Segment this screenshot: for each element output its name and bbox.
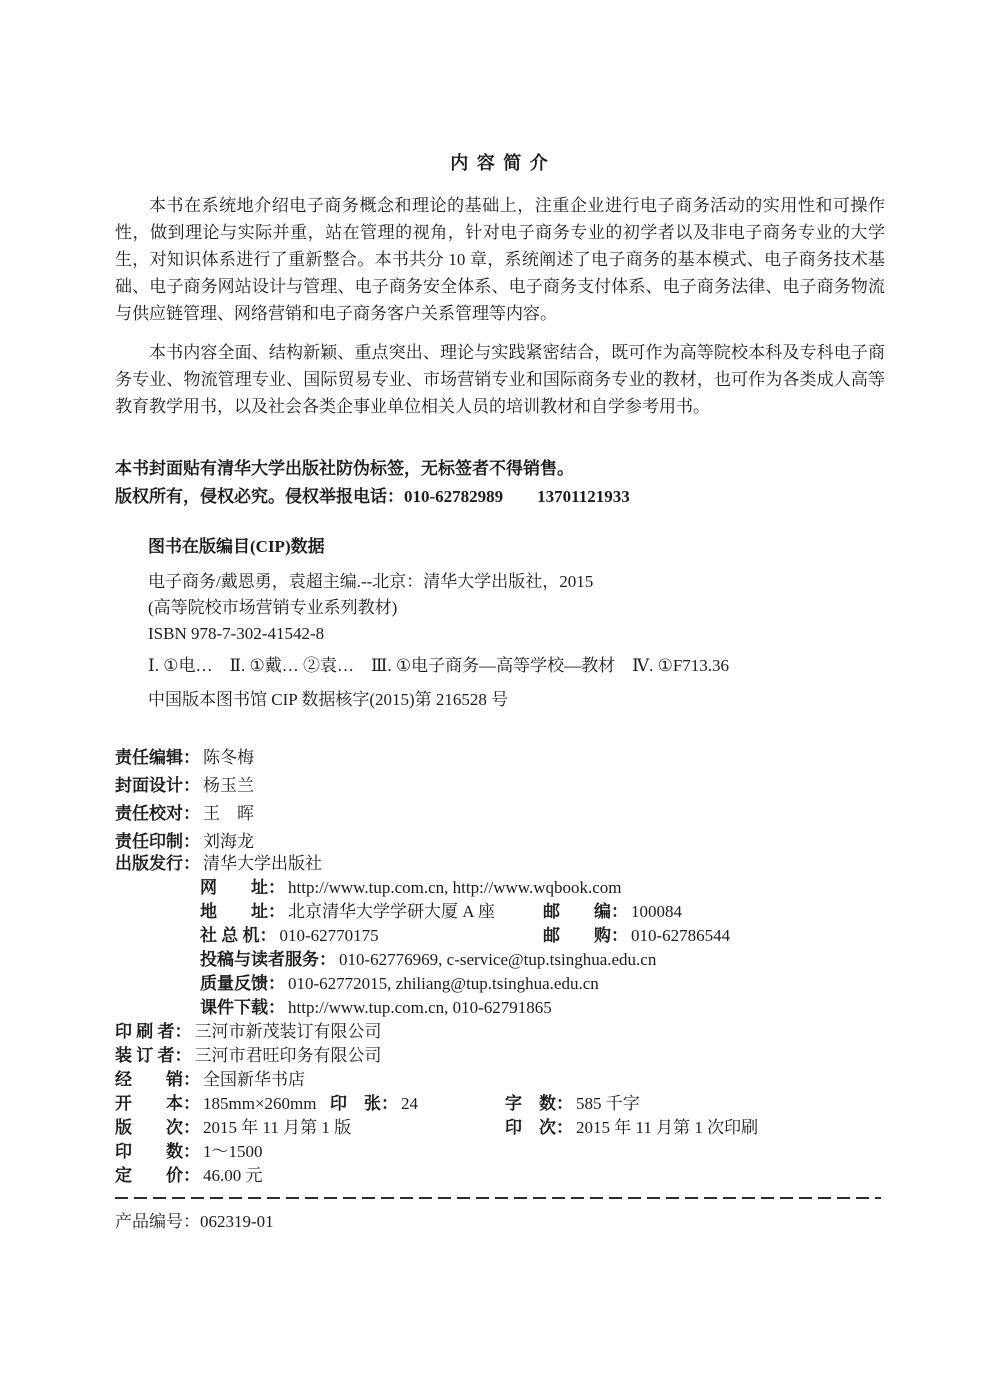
colophon-row-edition: 版 次：2015 年 11 月第 1 版 印 次：2015 年 11 月第 1 … <box>115 1116 885 1140</box>
row-label: 责任校对： <box>115 804 200 823</box>
anti-piracy-notice: 本书封面贴有清华大学出版社防伪标签，无标签者不得销售。 版权所有，侵权必究。侵权… <box>115 455 885 511</box>
cip-isbn-line: ISBN 978-7-302-41542-8 <box>148 621 888 647</box>
colophon-row-publisher: 出版发行：清华大学出版社 <box>115 852 885 876</box>
row-value: 全国新华书店 <box>203 1070 305 1089</box>
postal-code-field: 邮 编：100084 <box>543 900 682 924</box>
colophon-row-distributor: 经 销：全国新华书店 <box>115 1068 885 1092</box>
impression-field: 印 次：2015 年 11 月第 1 次印刷 <box>505 1116 758 1140</box>
row-label: 质量反馈： <box>200 974 285 993</box>
row-label: 责任编辑： <box>115 748 200 767</box>
staff-block: 责任编辑：陈冬梅 封面设计：杨玉兰 责任校对：王 晖 责任印制：刘海龙 <box>115 744 254 856</box>
staff-row-proofreader: 责任校对：王 晖 <box>115 800 254 828</box>
row-value: 王 晖 <box>203 804 254 823</box>
row-value: 185mm×260mm <box>203 1094 316 1113</box>
row-value-2: 100084 <box>631 902 682 921</box>
cip-header: 图书在版编目(CIP)数据 <box>148 533 888 560</box>
product-number-row: 产品编号：062319-01 <box>115 1209 274 1235</box>
product-number-value: 062319-01 <box>200 1212 274 1231</box>
row-label-2: 字 数： <box>505 1094 573 1113</box>
staff-row-editor: 责任编辑：陈冬梅 <box>115 744 254 772</box>
row-label: 版 次： <box>115 1118 200 1137</box>
row-label: 课件下载： <box>200 998 285 1017</box>
row-value: 陈冬梅 <box>203 748 254 767</box>
row-value: http://www.tup.com.cn, http://www.wqbook… <box>288 878 622 897</box>
cip-record-line: 中国版本图书馆 CIP 数据核字(2015)第 216528 号 <box>148 687 888 713</box>
row-value-2: 585 千字 <box>576 1094 640 1113</box>
row-value-2: 010-62786544 <box>631 926 730 945</box>
colophon-row-courseware-download: 课件下载：http://www.tup.com.cn, 010-62791865 <box>115 996 885 1020</box>
colophon-row-quality-feedback: 质量反馈：010-62772015, zhiliang@tup.tsinghua… <box>115 972 885 996</box>
row-label-2: 邮 购： <box>543 926 628 945</box>
colophon-row-address: 地 址：北京清华大学学研大厦 A 座 邮 编：100084 <box>115 900 885 924</box>
row-value: 010-62770175 <box>280 926 379 945</box>
row-label: 装 订 者： <box>115 1046 192 1065</box>
row-value: 三河市新茂装订有限公司 <box>195 1022 382 1041</box>
cip-series-line: (高等院校市场营销专业系列教材) <box>148 595 888 621</box>
row-label: 印 数： <box>115 1142 200 1161</box>
cip-block: 图书在版编目(CIP)数据 电子商务/戴恩勇，袁超主编.--北京：清华大学出版社… <box>148 533 888 713</box>
row-value: 010-62776969, c-service@tup.tsinghua.edu… <box>339 950 656 969</box>
colophon-row-reader-service: 投稿与读者服务：010-62776969, c-service@tup.tsin… <box>115 948 885 972</box>
staff-row-cover-design: 封面设计：杨玉兰 <box>115 772 254 800</box>
row-value: 清华大学出版社 <box>203 854 322 873</box>
mail-order-field: 邮 购：010-62786544 <box>543 924 730 948</box>
row-label: 地 址： <box>200 902 285 921</box>
row-label: 社 总 机： <box>200 926 277 945</box>
colophon-row-price: 定 价：46.00 元 <box>115 1164 885 1188</box>
intro-paragraph-2: 本书内容全面、结构新颖、重点突出、理论与实践紧密结合，既可作为高等院校本科及专科… <box>115 339 885 420</box>
colophon-block: 出版发行：清华大学出版社 网 址：http://www.tup.com.cn, … <box>115 852 885 1188</box>
product-number-label: 产品编号： <box>115 1212 200 1231</box>
intro-title: 内 容 简 介 <box>115 148 885 178</box>
book-copyright-page: 内 容 简 介 本书在系统地介绍电子商务概念和理论的基础上，注重企业进行电子商务… <box>0 0 1000 1392</box>
cip-title-line: 电子商务/戴恩勇，袁超主编.--北京：清华大学出版社，2015 <box>148 569 888 595</box>
row-label: 网 址： <box>200 878 285 897</box>
row-value: 刘海龙 <box>203 832 254 851</box>
intro-paragraph-1: 本书在系统地介绍电子商务概念和理论的基础上，注重企业进行电子商务活动的实用性和可… <box>115 192 885 327</box>
word-count-field: 字 数：585 千字 <box>505 1092 640 1116</box>
notice-line-2: 版权所有，侵权必究。侵权举报电话：010-62782989 1370112193… <box>115 483 885 511</box>
row-value: 1～1500 <box>203 1142 263 1161</box>
row-label-2: 印 次： <box>505 1118 573 1137</box>
row-label-2: 邮 编： <box>543 902 628 921</box>
row-label: 出版发行： <box>115 854 200 873</box>
row-value-2: 2015 年 11 月第 1 次印刷 <box>576 1118 758 1137</box>
row-label: 责任印制： <box>115 832 200 851</box>
row-label: 定 价： <box>115 1166 200 1185</box>
notice-line-1: 本书封面贴有清华大学出版社防伪标签，无标签者不得销售。 <box>115 455 885 483</box>
row-value: 46.00 元 <box>203 1166 263 1185</box>
row-value: 2015 年 11 月第 1 版 <box>203 1118 351 1137</box>
row-label: 经 销： <box>115 1070 200 1089</box>
colophon-row-website: 网 址：http://www.tup.com.cn, http://www.wq… <box>115 876 885 900</box>
row-label: 印 刷 者： <box>115 1022 192 1041</box>
dashed-divider <box>115 1197 881 1199</box>
row-value: http://www.tup.com.cn, 010-62791865 <box>288 998 552 1017</box>
sheet-count-field: 印 张：24 <box>330 1092 418 1116</box>
row-label: 投稿与读者服务： <box>200 950 336 969</box>
row-mid-label: 印 张： <box>330 1094 398 1113</box>
colophon-row-format: 开 本：185mm×260mm 印 张：24 字 数：585 千字 <box>115 1092 885 1116</box>
row-value: 北京清华大学学研大厦 A 座 <box>288 902 495 921</box>
colophon-row-print-run: 印 数：1～1500 <box>115 1140 885 1164</box>
colophon-row-printer: 印 刷 者：三河市新茂装订有限公司 <box>115 1020 885 1044</box>
colophon-row-switchboard: 社 总 机：010-62770175 邮 购：010-62786544 <box>115 924 885 948</box>
cip-classification-line: Ⅰ. ①电… Ⅱ. ①戴… ②袁… Ⅲ. ①电子商务—高等学校—教材 Ⅳ. ①F… <box>148 653 888 679</box>
row-label: 开 本： <box>115 1094 200 1113</box>
colophon-row-binder: 装 订 者：三河市君旺印务有限公司 <box>115 1044 885 1068</box>
row-value: 三河市君旺印务有限公司 <box>195 1046 382 1065</box>
row-label: 封面设计： <box>115 776 200 795</box>
row-value: 010-62772015, zhiliang@tup.tsinghua.edu.… <box>288 974 599 993</box>
row-value: 杨玉兰 <box>203 776 254 795</box>
row-mid-value: 24 <box>401 1094 418 1113</box>
